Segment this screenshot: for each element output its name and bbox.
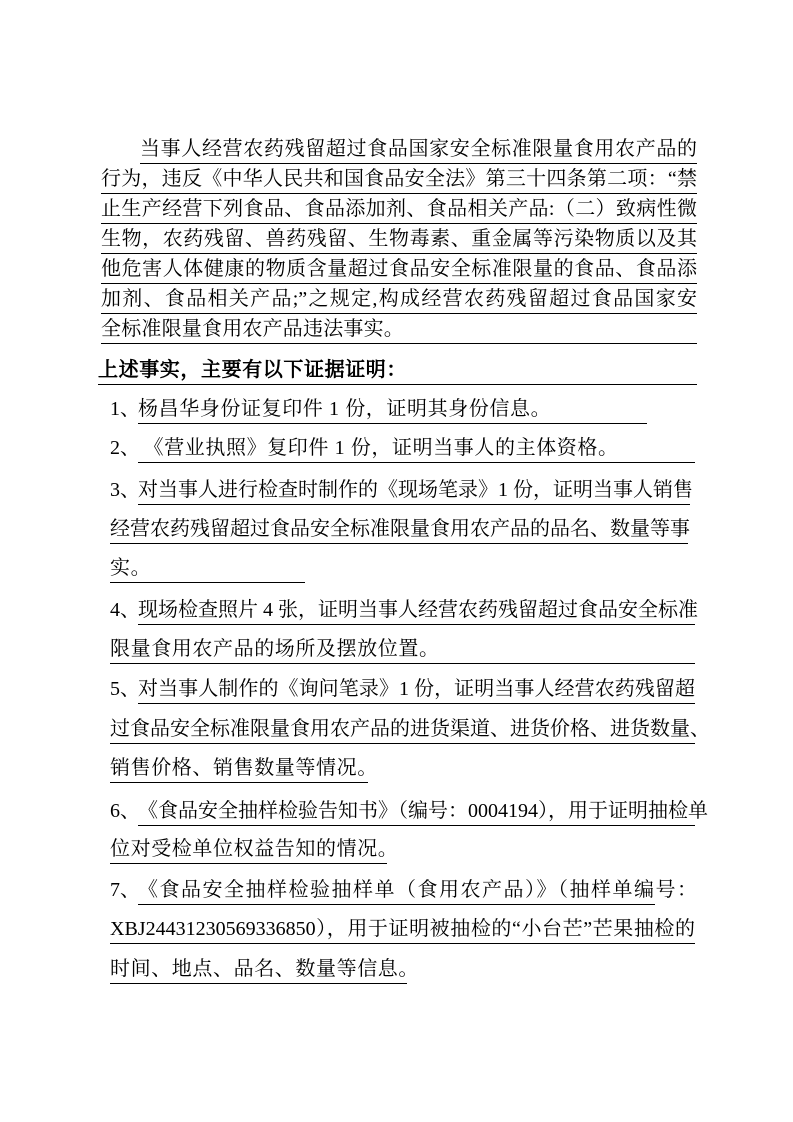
item-number: 2、 [110,435,140,463]
paragraph-line: 他危害人体健康的物质含量超过食品安全标准限量的食品、食品添 [101,256,697,284]
item-number: 5、 [110,676,140,704]
evidence-heading: 上述事实，主要有以下证据证明： [98,357,697,385]
item-line: XBJ24431230569336850），用于证明被抽检的“小台芒”芒果抽检的 [110,916,695,944]
paragraph-line: 生物，农药残留、兽药残留、生物毒素、重金属等污染物质以及其 [101,226,697,254]
item-line: 销售价格、销售数量等情况。 [110,755,368,783]
item-line: 《营业执照》复印件 1 份，证明当事人的主体资格。 [138,435,695,463]
item-line: 杨昌华身份证复印件 1 份，证明其身份信息。 [138,396,647,424]
item-number: 1、 [110,396,140,424]
item-line: 《食品安全抽样检验告知书》（编号：0004194），用于证明抽检单 [138,798,695,826]
item-line: 过食品安全标准限量食用农产品的进货渠道、进货价格、进货数量、 [110,716,695,744]
item-line: 现场检查照片 4 张，证明当事人经营农药残留超过食品安全标准 [138,597,695,625]
item-number: 3、 [110,477,140,505]
item-line: 经营农药残留超过食品安全标准限量食用农产品的品名、数量等事 [110,516,688,544]
item-line: 实。 [110,555,305,583]
item-line: 位对受检单位权益告知的情况。 [110,836,387,864]
paragraph-line: 加剂、食品相关产品;”之规定,构成经营农药残留超过食品国家安 [101,286,697,314]
item-number: 6、 [110,798,140,826]
paragraph-line: 当事人经营农药残留超过食品国家安全标准限量食用农产品的 [140,136,697,164]
item-number: 4、 [110,597,140,625]
item-line: 限量食用农产品的场所及摆放位置。 [110,636,695,664]
item-line: 对当事人进行检查时制作的《现场笔录》1 份，证明当事人销售 [138,477,690,505]
item-number: 7、 [110,877,140,905]
item-line: 对当事人制作的《询问笔录》1 份，证明当事人经营农药残留超 [138,676,695,704]
paragraph-line: 止生产经营下列食品、食品添加剂、食品相关产品:（二）致病性微 [101,196,697,224]
document-page: 当事人经营农药残留超过食品国家安全标准限量食用农产品的 行为，违反《中华人民共和… [0,0,793,1122]
item-line: 《食品安全抽样检验抽样单（食用农产品）》（抽样单编号： [138,877,655,905]
item-line: 时间、地点、品名、数量等信息。 [110,956,407,984]
paragraph-line: 全标准限量食用农产品违法事实。 [101,316,697,344]
paragraph-line: 行为，违反《中华人民共和国食品安全法》第三十四条第二项：“禁 [101,166,697,194]
